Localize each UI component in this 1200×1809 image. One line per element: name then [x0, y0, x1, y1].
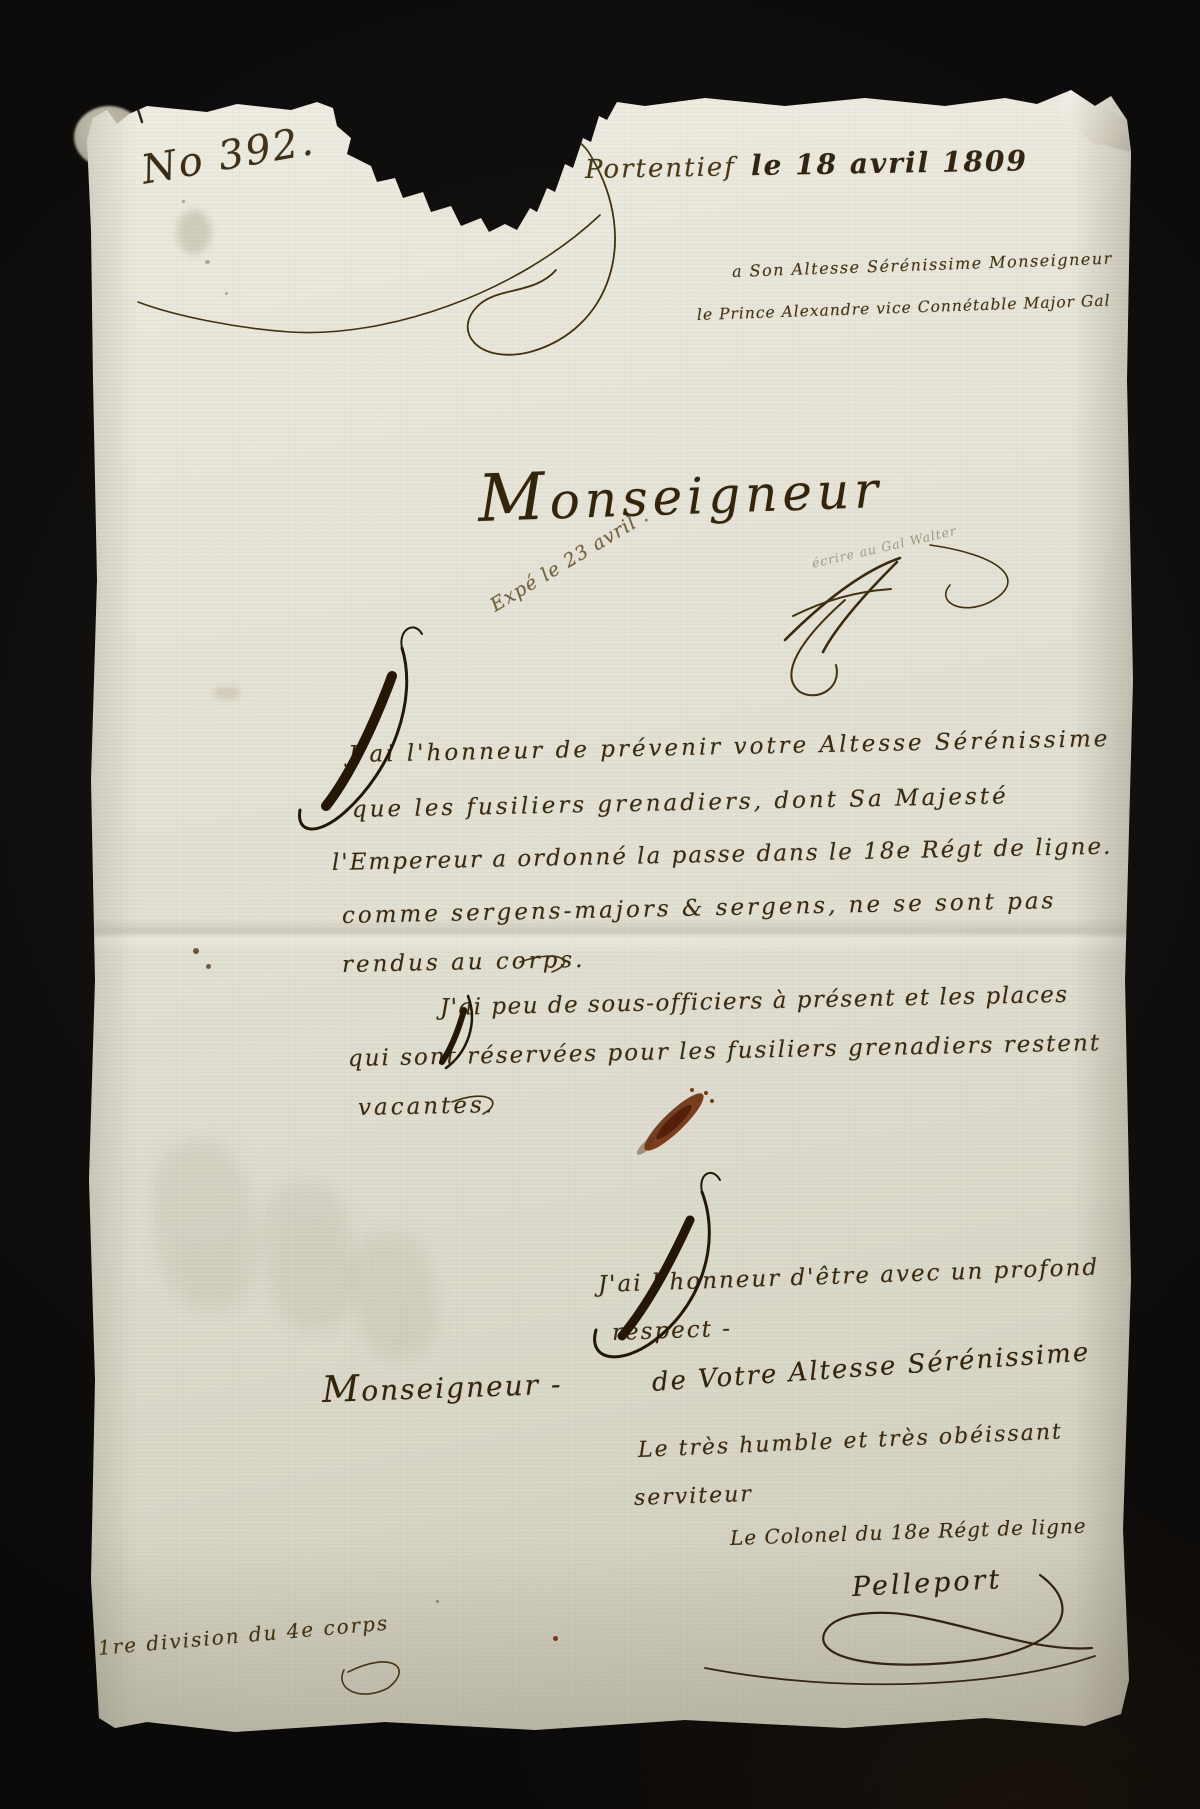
dateline: Portentief le 18 avril 1809 — [585, 144, 1029, 185]
ink-speck — [182, 200, 185, 203]
valediction-line: Le très humble et très obéissant — [637, 1419, 1063, 1463]
marginal-annotation: écrire au Gal Walter — [810, 523, 958, 571]
closing-address: Monseigneur - — [321, 1360, 563, 1411]
reference-number: No 392. — [138, 118, 318, 194]
docket-note: 1re division du 4e corps — [97, 1611, 390, 1660]
paraph-scribble — [785, 558, 900, 640]
yellow-stain — [538, 110, 590, 142]
salutation: Monseigneur — [477, 448, 884, 537]
photo-backdrop: No 392. Portentief le 18 avril 1809 a So… — [0, 0, 1200, 1809]
corner-fold — [1045, 86, 1135, 156]
paraph-scribble — [793, 589, 891, 616]
signature: Pelleport — [851, 1564, 1003, 1603]
salutation-flourish — [930, 545, 1008, 608]
closing-from: de Votre Altesse Sérénissime — [651, 1337, 1091, 1398]
closing-line: J'ai l'honneur d'être avec un profond — [598, 1255, 1100, 1298]
paraph-scribble — [791, 600, 845, 695]
ink-speck — [205, 260, 210, 264]
reference-flourish — [138, 215, 600, 333]
gray-stain — [177, 210, 211, 254]
show-through-patch — [144, 1134, 267, 1316]
body-line: qui sont réservées pour les fusiliers gr… — [348, 1030, 1102, 1072]
docket-flourish — [342, 1662, 399, 1694]
recipient-line-2: le Prince Alexandre vice Connétable Majo… — [697, 292, 1111, 324]
closing-line: respect - — [612, 1316, 733, 1346]
brown-smudge — [213, 686, 241, 700]
body-line: rendus au corps. — [342, 947, 586, 978]
signature-underline — [705, 1656, 1095, 1684]
ink-speck — [225, 292, 228, 295]
regiment-title: Le Colonel du 18e Régt de ligne — [730, 1514, 1087, 1550]
dateline-place: Portentief — [585, 152, 736, 185]
body-line: J'ai peu de sous-officiers à présent et … — [440, 982, 1069, 1021]
dateline-date: le 18 avril 1809 — [751, 144, 1029, 182]
valediction-line: serviteur — [634, 1482, 754, 1511]
small-speck — [436, 1600, 439, 1603]
show-through-patch — [346, 1225, 443, 1365]
paraph-scribble — [823, 562, 897, 652]
paper-slit — [133, 94, 142, 122]
ink-blot — [635, 1087, 714, 1157]
ink-dot — [206, 964, 211, 969]
red-speck — [553, 1636, 558, 1641]
recipient-line-1: a Son Altesse Sérénissime Monseigneur — [732, 249, 1113, 281]
body-line: que les fusiliers grenadiers, dont Sa Ma… — [352, 783, 1009, 823]
body-line: J'ai l'honneur de prévenir votre Altesse… — [348, 726, 1111, 768]
letter-paper: No 392. Portentief le 18 avril 1809 a So… — [85, 80, 1135, 1738]
show-through-patch — [255, 1174, 365, 1335]
dateline-initial-flourish — [468, 158, 615, 355]
body-line: l'Empereur a ordonné la passe dans le 18… — [332, 834, 1113, 876]
body-line: vacantes. — [358, 1092, 496, 1121]
